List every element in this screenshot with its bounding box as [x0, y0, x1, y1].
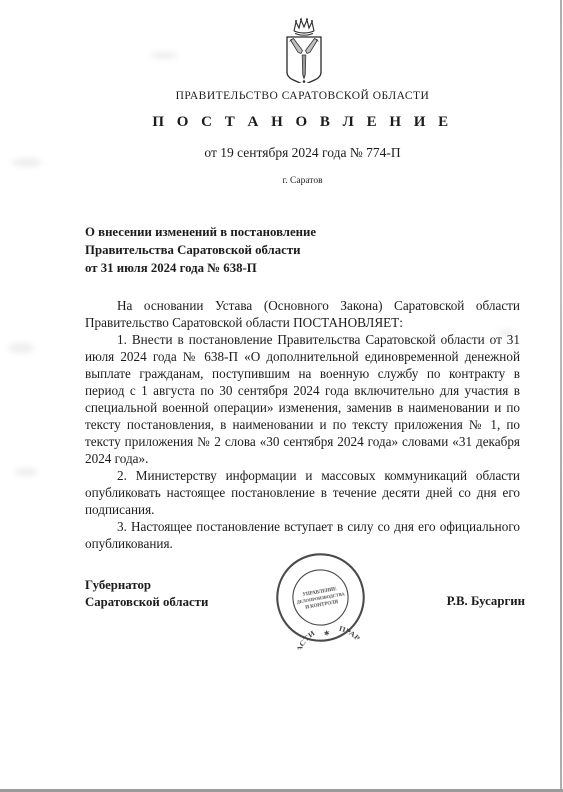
body-paragraph-item-2: 2. Министерству информации и массовых ко… — [85, 467, 520, 518]
scan-edge-right — [560, 0, 562, 792]
title-line: О внесении изменений в постановление — [85, 223, 425, 241]
body-paragraph-preamble: На основании Устава (Основного Закона) С… — [85, 297, 520, 331]
document-title: О внесении изменений в постановление Пра… — [85, 223, 425, 277]
official-round-stamp: ПРАВИТЕЛЬСТВО САРАТОВСКОЙ ОБЛАСТИ ✱ УПРА… — [265, 542, 375, 652]
scanned-decree-page: ПРАВИТЕЛЬСТВО САРАТОВСКОЙ ОБЛАСТИ П О С … — [0, 0, 563, 792]
scan-smudge — [8, 343, 34, 353]
scan-smudge — [14, 468, 38, 476]
title-line: от 31 июля 2024 года № 638-П — [85, 259, 425, 277]
saratov-oblast-coat-of-arms-icon — [284, 17, 324, 83]
document-date-number: от 19 сентября 2024 года № 774-П — [85, 145, 520, 161]
document-type: П О С Т А Н О В Л Е Н И Е — [85, 114, 520, 131]
document-city: г. Саратов — [85, 176, 520, 186]
document-body: На основании Устава (Основного Закона) С… — [85, 297, 520, 552]
organization-name: ПРАВИТЕЛЬСТВО САРАТОВСКОЙ ОБЛАСТИ — [85, 90, 520, 102]
body-paragraph-item-1: 1. Внести в постановление Правительства … — [85, 331, 520, 467]
stamp-bottom-mark: ✱ — [323, 629, 330, 638]
title-line: Правительства Саратовской области — [85, 241, 425, 259]
scan-smudge — [150, 52, 178, 59]
body-paragraph-item-3: 3. Настоящее постановление вступает в си… — [85, 518, 520, 552]
scan-smudge — [12, 158, 42, 167]
signatory-position-line: Губернатор — [85, 577, 208, 594]
